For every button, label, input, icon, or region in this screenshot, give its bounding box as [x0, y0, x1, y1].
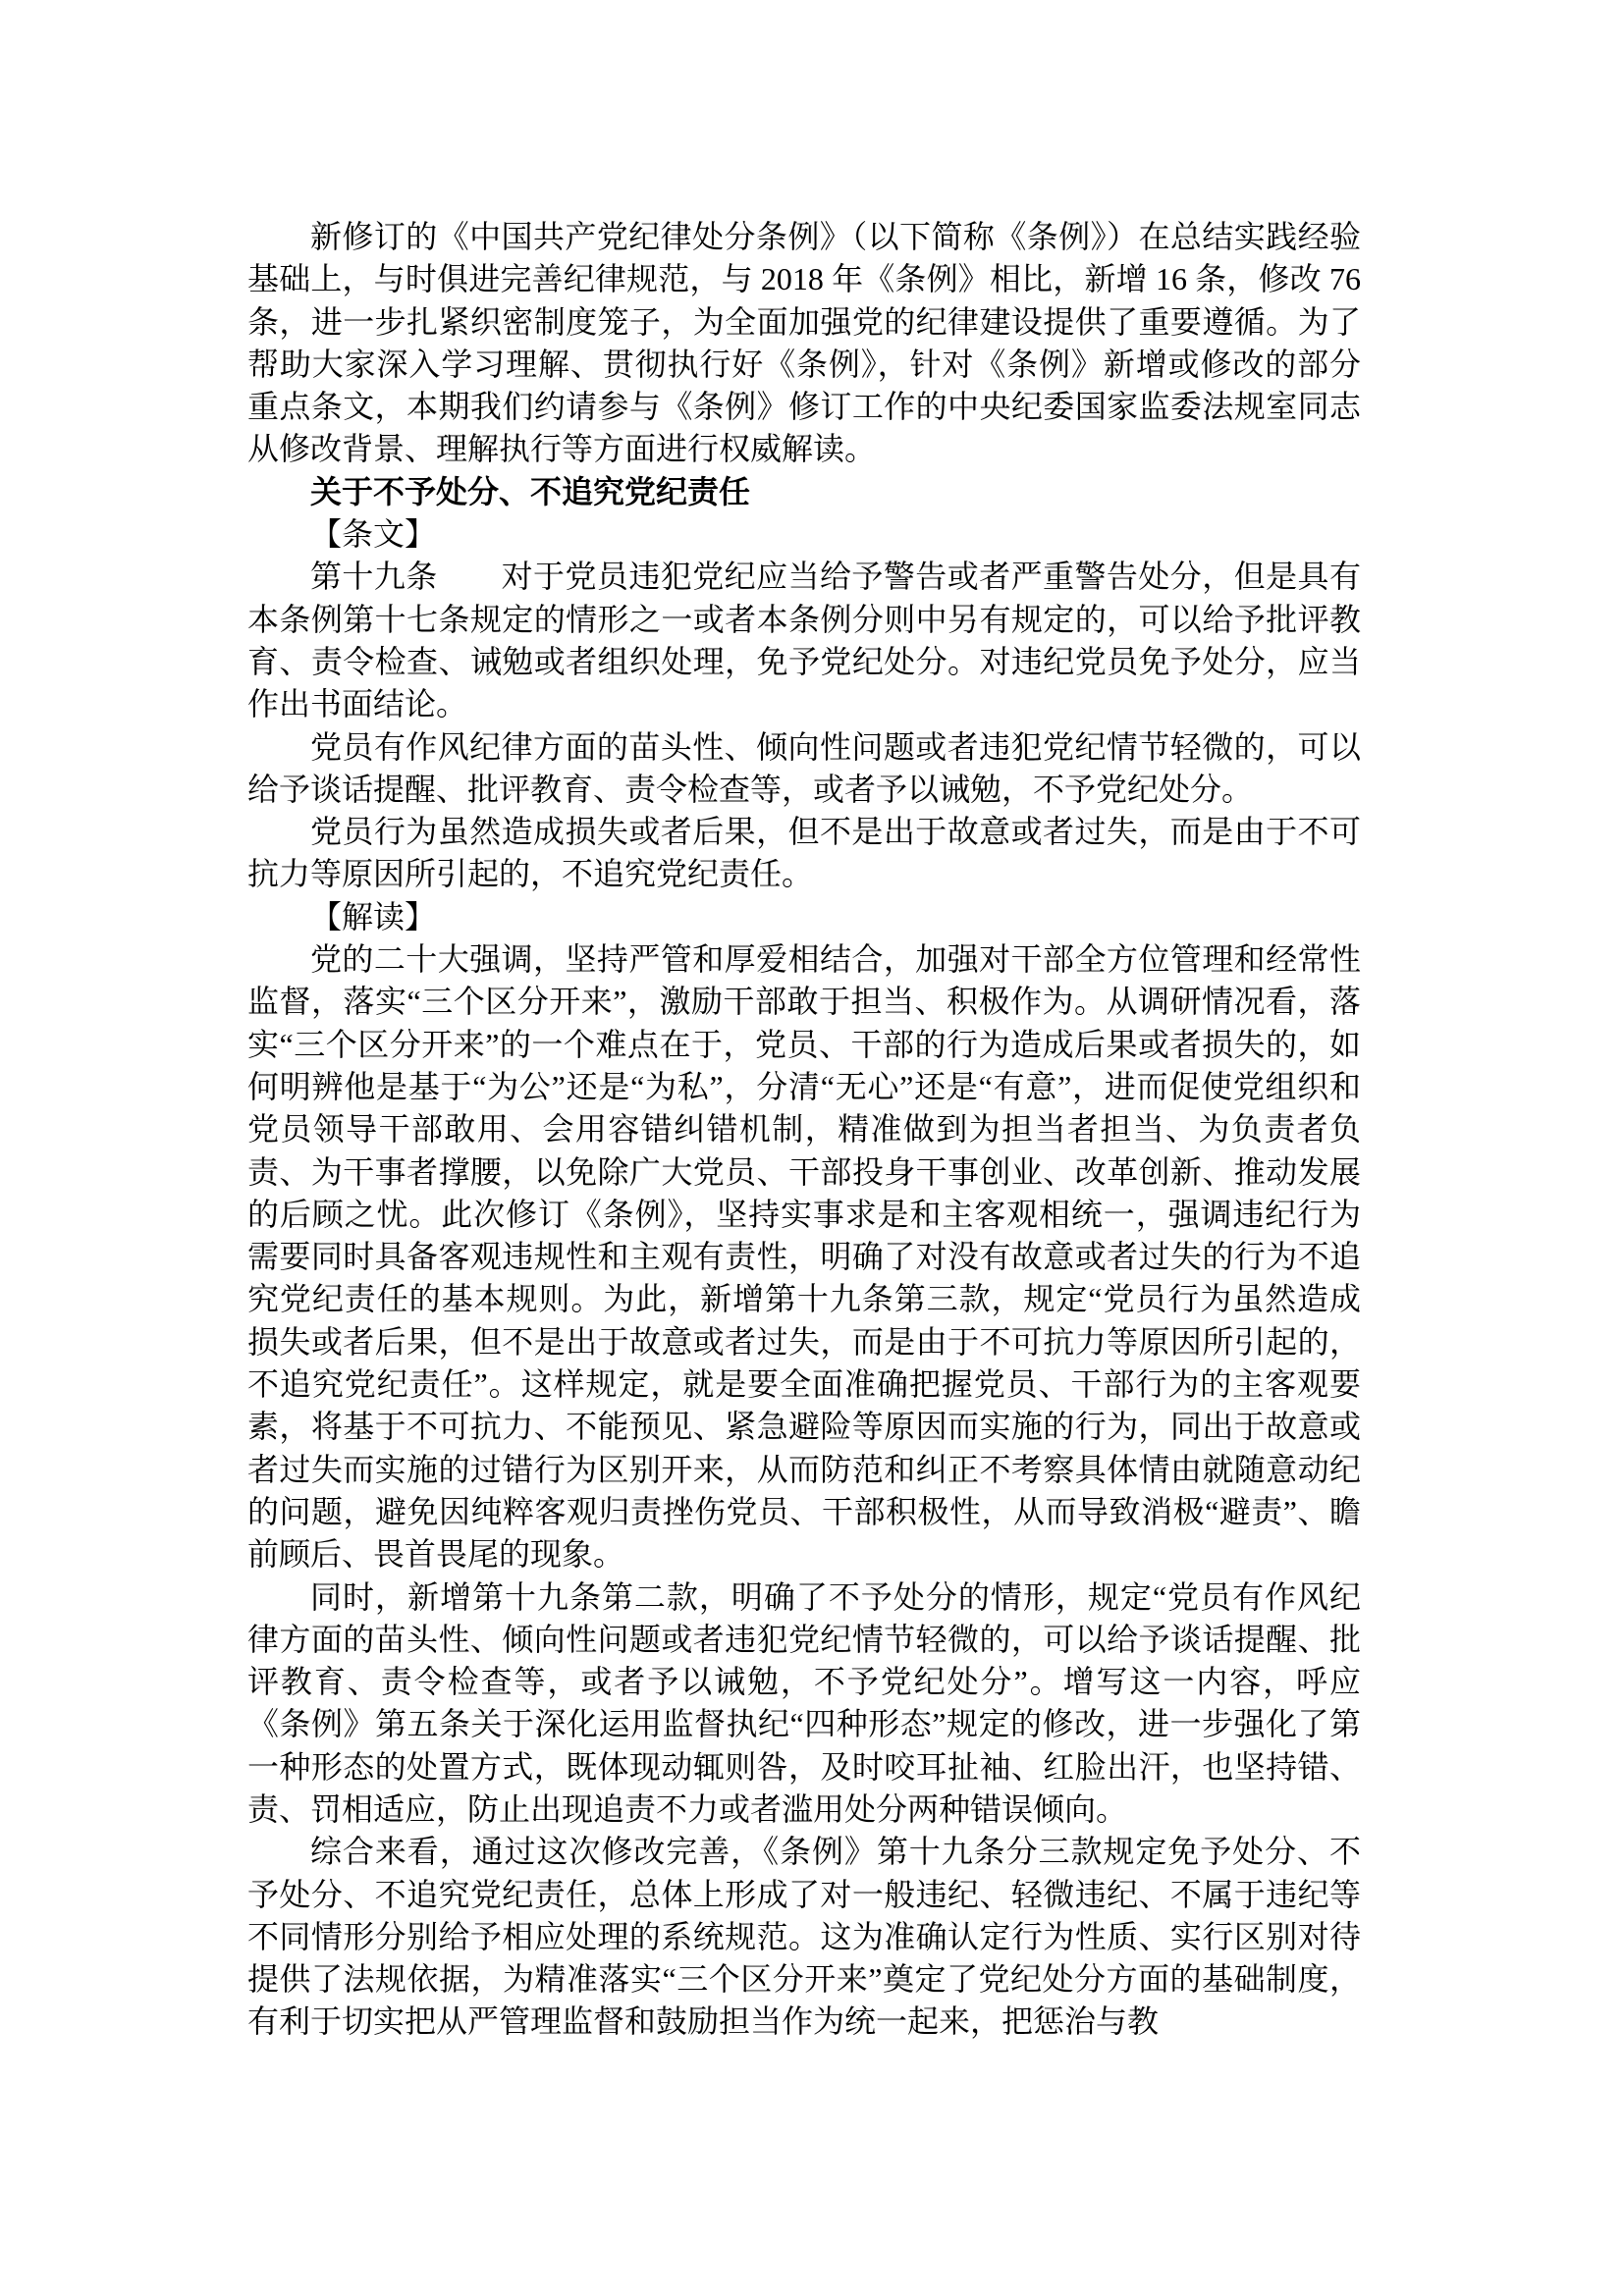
article-19-paragraph-1: 第十九条 对于党员违犯党纪应当给予警告或者严重警告处分，但是具有本条例第十七条规… — [247, 556, 1361, 725]
article-19-paragraph-3: 党员行为虽然造成损失或者后果，但不是出于故意或者过失，而是由于不可抗力等原因所引… — [247, 811, 1361, 896]
interpretation-paragraph-2: 同时，新增第十九条第二款，明确了不予处分的情形，规定“党员有作风纪律方面的苗头性… — [247, 1576, 1361, 1832]
article-19-paragraph-2: 党员有作风纪律方面的苗头性、倾向性问题或者违犯党纪情节轻微的，可以给予谈话提醒、… — [247, 726, 1361, 812]
clause-label: 【条文】 — [247, 513, 1361, 556]
interpretation-label: 【解读】 — [247, 896, 1361, 938]
intro-paragraph: 新修订的《中国共产党纪律处分条例》（以下简称《条例》）在总结实践经验基础上，与时… — [247, 216, 1361, 471]
interpretation-paragraph-1: 党的二十大强调，坚持严管和厚爱相结合，加强对干部全方位管理和经常性监督，落实“三… — [247, 938, 1361, 1575]
document-page: 新修订的《中国共产党纪律处分条例》（以下简称《条例》）在总结实践经验基础上，与时… — [0, 0, 1624, 2296]
interpretation-paragraph-3: 综合来看，通过这次修改完善，《条例》第十九条分三款规定免予处分、不予处分、不追究… — [247, 1831, 1361, 2043]
section-heading: 关于不予处分、不追究党纪责任 — [247, 471, 1361, 513]
